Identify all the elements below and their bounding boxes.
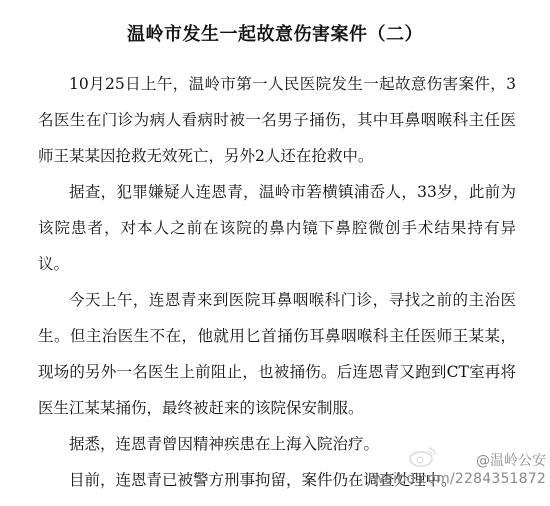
paragraph-suspect: 据查，犯罪嫌疑人连恩青，温岭市箬横镇浦岙人，33岁，此前为该院患者，对本人之前在…: [38, 174, 516, 282]
weibo-logo-icon: [408, 444, 438, 468]
paragraph-attack: 今天上午，连恩青来到医院耳鼻咽喉科门诊，寻找之前的主治医生。但主治医生不在，他就…: [38, 282, 516, 426]
watermark-url: weibo.com/2284351872: [373, 470, 546, 488]
paragraph-incident: 10月25日上午，温岭市第一人民医院发生一起故意伤害案件，3名医生在门诊为病人看…: [38, 66, 516, 174]
document-body: 10月25日上午，温岭市第一人民医院发生一起故意伤害案件，3名医生在门诊为病人看…: [38, 66, 516, 498]
weibo-watermark: @温岭公安 weibo.com/2284351872: [373, 452, 546, 488]
watermark-handle: @温岭公安: [373, 452, 546, 470]
document-title: 温岭市发生一起故意伤害案件（二）: [0, 20, 550, 46]
